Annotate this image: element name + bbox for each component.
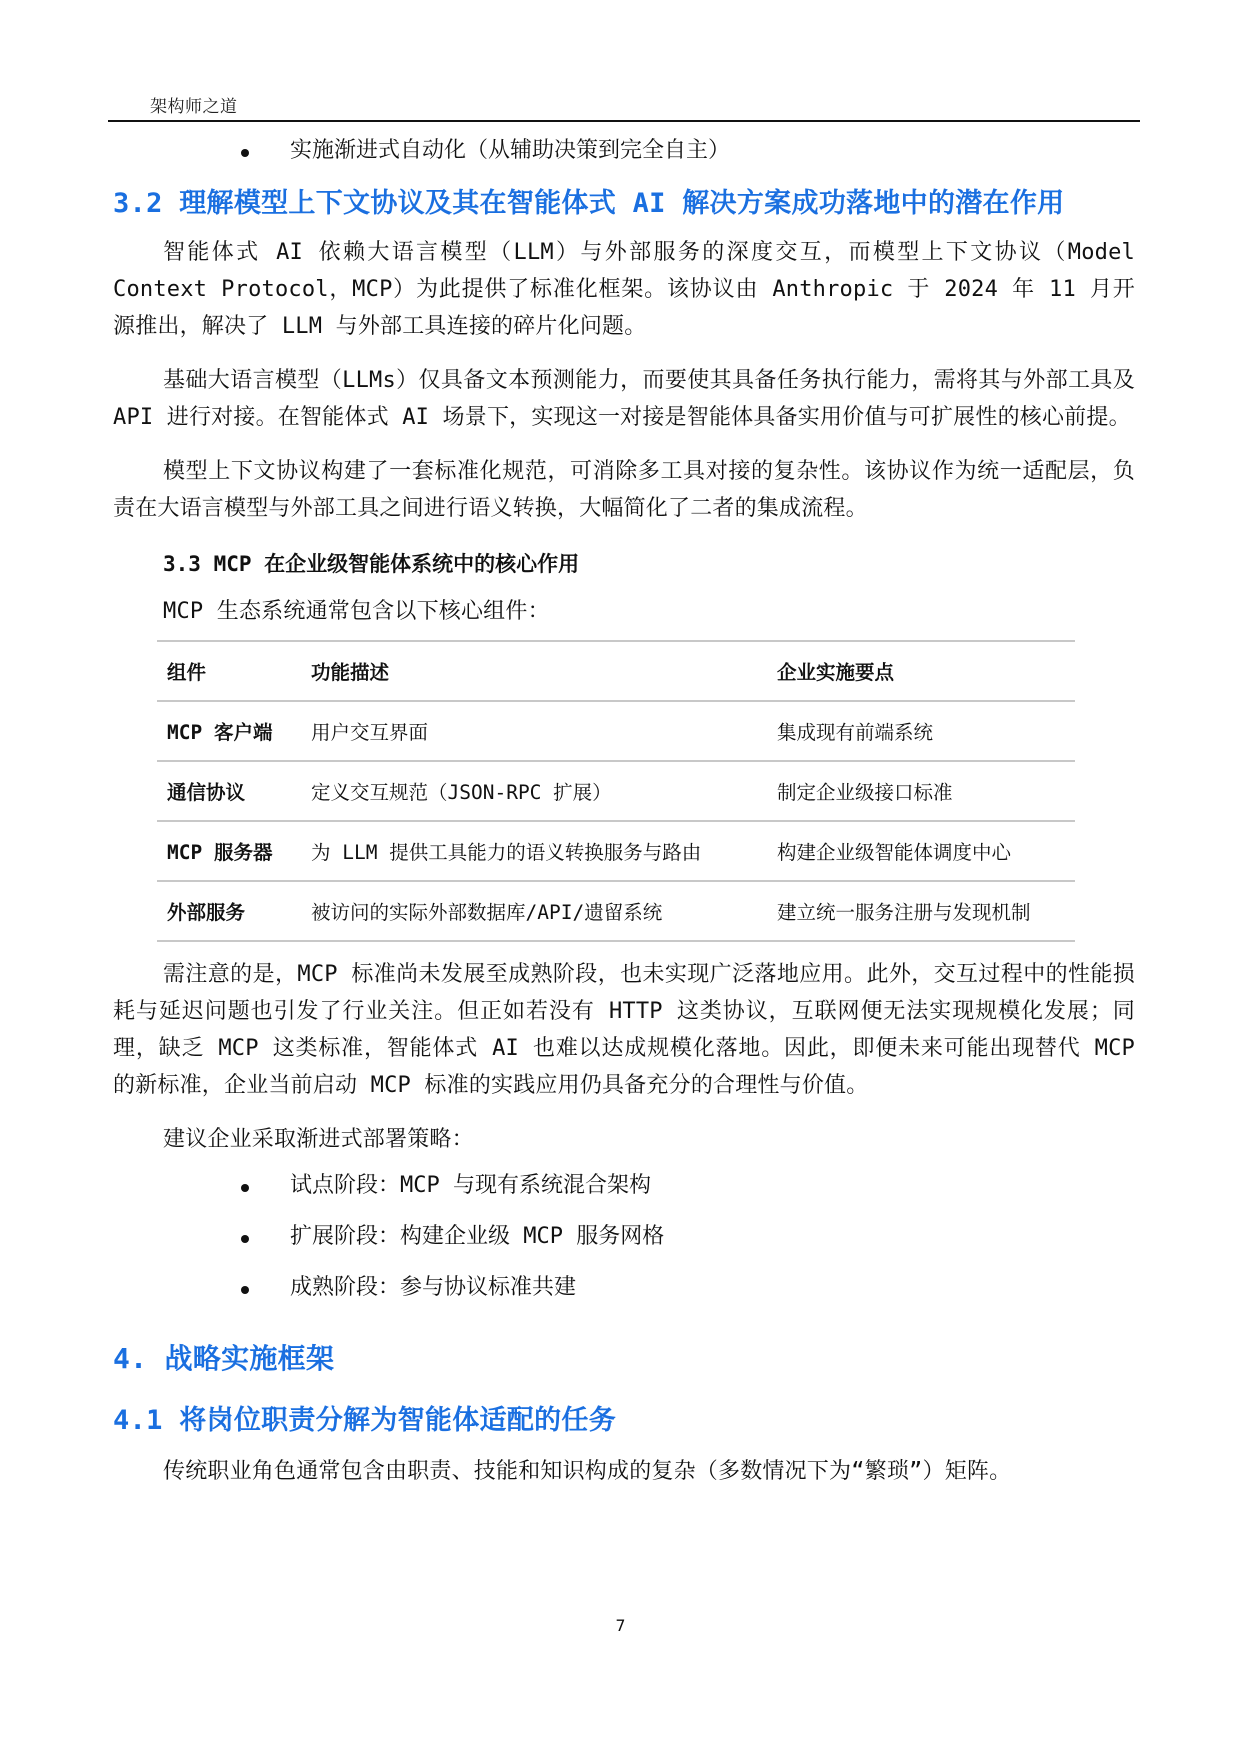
list-item: 试点阶段：MCP 与现有系统混合架构 <box>113 1160 1135 1211</box>
table-cell: 构建企业级智能体调度中心 <box>767 821 1075 881</box>
list-item-text: 扩展阶段：构建企业级 MCP 服务网格 <box>290 1218 664 1255</box>
list-item: 实施渐进式自动化（从辅助决策到完全自主） <box>113 125 1135 176</box>
table-cell: 外部服务 <box>157 881 301 941</box>
table-cell: 被访问的实际外部数据库/API/遗留系统 <box>301 881 767 941</box>
bullet-icon <box>241 1184 249 1192</box>
table-header-row: 组件 功能描述 企业实施要点 <box>157 641 1075 701</box>
section-heading-3-3: 3.3 MCP 在企业级智能体系统中的核心作用 <box>113 547 1135 581</box>
table-row: 通信协议 定义交互规范（JSON-RPC 扩展） 制定企业级接口标准 <box>157 761 1075 821</box>
paragraph: 模型上下文协议构建了一套标准化规范，可消除多工具对接的复杂性。该协议作为统一适配… <box>113 453 1135 527</box>
paragraph: 智能体式 AI 依赖大语言模型（LLM）与外部服务的深度交互，而模型上下文协议（… <box>113 234 1135 345</box>
table-row: MCP 客户端 用户交互界面 集成现有前端系统 <box>157 701 1075 761</box>
table-cell: 定义交互规范（JSON-RPC 扩展） <box>301 761 767 821</box>
table-header-cell: 企业实施要点 <box>767 641 1075 701</box>
table-cell: MCP 服务器 <box>157 821 301 881</box>
page-content: 实施渐进式自动化（从辅助决策到完全自主） 3.2 理解模型上下文协议及其在智能体… <box>113 150 1135 1490</box>
paragraph: 基础大语言模型（LLMs）仅具备文本预测能力，而要使其具备任务执行能力，需将其与… <box>113 362 1135 436</box>
list-item: 扩展阶段：构建企业级 MCP 服务网格 <box>113 1211 1135 1262</box>
list-item: 成熟阶段：参与协议标准共建 <box>113 1262 1135 1313</box>
section-heading-4: 4. 战略实施框架 <box>113 1339 1135 1379</box>
bullet-icon <box>241 149 249 157</box>
table-cell: MCP 客户端 <box>157 701 301 761</box>
table-header-cell: 组件 <box>157 641 301 701</box>
table-intro: MCP 生态系统通常包含以下核心组件： <box>113 593 1135 630</box>
list-item-text: 成熟阶段：参与协议标准共建 <box>290 1269 576 1306</box>
strategy-intro: 建议企业采取渐进式部署策略： <box>113 1121 1135 1158</box>
bullet-icon <box>241 1286 249 1294</box>
strategy-bullet-list: 试点阶段：MCP 与现有系统混合架构 扩展阶段：构建企业级 MCP 服务网格 成… <box>113 1160 1135 1313</box>
table-row: MCP 服务器 为 LLM 提供工具能力的语义转换服务与路由 构建企业级智能体调… <box>157 821 1075 881</box>
paragraph: 传统职业角色通常包含由职责、技能和知识构成的复杂（多数情况下为“繁琐”）矩阵。 <box>113 1453 1135 1490</box>
paragraph: 需注意的是，MCP 标准尚未发展至成熟阶段，也未实现广泛落地应用。此外，交互过程… <box>113 956 1135 1104</box>
list-item-text: 试点阶段：MCP 与现有系统混合架构 <box>290 1167 651 1204</box>
running-header-title: 架构师之道 <box>150 92 238 117</box>
section-heading-4-1: 4.1 将岗位职责分解为智能体适配的任务 <box>113 1401 1135 1441</box>
table-cell: 用户交互界面 <box>301 701 767 761</box>
list-item-text: 实施渐进式自动化（从辅助决策到完全自主） <box>290 132 730 169</box>
section-heading-3-2: 3.2 理解模型上下文协议及其在智能体式 AI 解决方案成功落地中的潜在作用 <box>113 184 1135 224</box>
page-header: 架构师之道 <box>108 90 1140 122</box>
table-cell: 建立统一服务注册与发现机制 <box>767 881 1075 941</box>
top-bullet-list: 实施渐进式自动化（从辅助决策到完全自主） <box>113 125 1135 176</box>
mcp-components-table: 组件 功能描述 企业实施要点 MCP 客户端 用户交互界面 集成现有前端系统 通… <box>157 640 1075 942</box>
table-header-cell: 功能描述 <box>301 641 767 701</box>
table-cell: 集成现有前端系统 <box>767 701 1075 761</box>
bullet-icon <box>241 1235 249 1243</box>
table-cell: 制定企业级接口标准 <box>767 761 1075 821</box>
table-cell: 为 LLM 提供工具能力的语义转换服务与路由 <box>301 821 767 881</box>
components-table-wrapper: 组件 功能描述 企业实施要点 MCP 客户端 用户交互界面 集成现有前端系统 通… <box>157 640 1075 942</box>
table-cell: 通信协议 <box>157 761 301 821</box>
page-number: 7 <box>0 1616 1241 1635</box>
table-row: 外部服务 被访问的实际外部数据库/API/遗留系统 建立统一服务注册与发现机制 <box>157 881 1075 941</box>
